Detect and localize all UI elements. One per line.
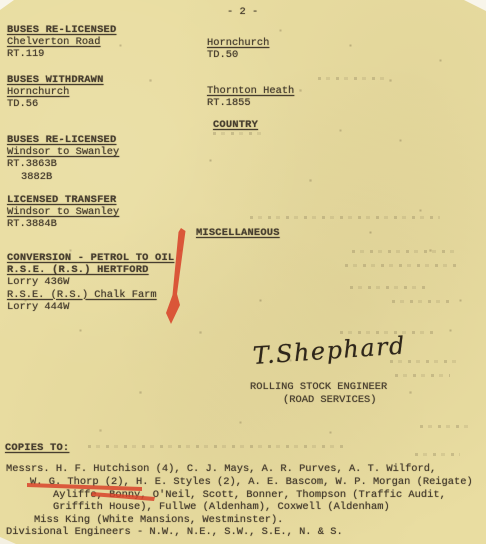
bleed-through-smudge bbox=[250, 216, 440, 219]
miscellaneous-heading-row: MISCELLANEOUS bbox=[196, 227, 280, 239]
site-row: R.S.E. (R.S.) HERTFORD bbox=[7, 264, 174, 276]
section-heading-row: BUSES RE-LICENSED bbox=[7, 24, 116, 36]
bleed-through-smudge bbox=[350, 286, 430, 289]
handwritten-signature: T.Shephard bbox=[252, 331, 407, 370]
section-buses-withdrawn-right: Thornton Heath RT.1855 bbox=[207, 85, 294, 109]
bleed-through-smudge bbox=[395, 374, 450, 377]
vehicle-numbers: RT.3863B bbox=[7, 158, 119, 170]
conversion-vehicle-2: Lorry 444W bbox=[7, 301, 174, 313]
section-buses-relicensed-country: BUSES RE-LICENSED Windsor to Swanley RT.… bbox=[7, 134, 119, 183]
vehicle-numbers: TD.56 bbox=[7, 98, 104, 110]
garage-row: Windsor to Swanley bbox=[7, 146, 119, 158]
signatory-role-line-2: (ROAD SERVICES) bbox=[283, 394, 377, 406]
bleed-through-smudge bbox=[352, 250, 457, 253]
bleed-through-smudge bbox=[390, 360, 462, 363]
section-licensed-transfer: LICENSED TRANSFER Windsor to Swanley RT.… bbox=[7, 194, 119, 231]
copies-recipients-line-2: W. G. Thorp (2), H. E. Styles (2), A. E.… bbox=[30, 476, 473, 488]
bleed-through-smudge bbox=[420, 425, 468, 428]
vehicle-numbers: RT.1855 bbox=[207, 97, 294, 109]
conversion-site-1: R.S.E. (R.S.) HERTFORD bbox=[7, 264, 149, 276]
section-buses-withdrawn-central: BUSES WITHDRAWN Hornchurch TD.56 bbox=[7, 74, 104, 111]
garage-row: Thornton Heath bbox=[207, 85, 294, 97]
garage-name: Hornchurch bbox=[7, 86, 69, 98]
scanned-document-page: - 2 - BUSES RE-LICENSED Chelverton Road … bbox=[0, 0, 486, 544]
section-conversion-petrol-to-oil: CONVERSION - PETROL TO OIL R.S.E. (R.S.)… bbox=[7, 252, 174, 313]
buses-relicensed-heading: BUSES RE-LICENSED bbox=[7, 134, 116, 146]
signatory-role-line-1: ROLLING STOCK ENGINEER bbox=[250, 381, 387, 393]
buses-withdrawn-heading: BUSES WITHDRAWN bbox=[7, 74, 104, 86]
section-heading-row: LICENSED TRANSFER bbox=[7, 194, 119, 206]
garage-name: Thornton Heath bbox=[207, 85, 294, 97]
copies-recipients-line-4: Griffith House), Fullwe (Aldenham), Coxw… bbox=[53, 501, 390, 513]
garage-row: Hornchurch bbox=[207, 37, 269, 49]
country-heading-row: COUNTRY bbox=[213, 119, 258, 131]
vehicle-numbers: 3882B bbox=[21, 171, 119, 183]
garage-row: Chelverton Road bbox=[7, 36, 116, 48]
copies-recipients-line-3: Ayliffe, Bonny, O'Neil, Scott, Bonner, T… bbox=[53, 489, 446, 501]
country-heading: COUNTRY bbox=[213, 119, 258, 131]
garage-name: Chelverton Road bbox=[7, 36, 101, 48]
vehicle-numbers: RT.3884B bbox=[7, 218, 119, 230]
vehicle-numbers: TD.50 bbox=[207, 49, 269, 61]
bleed-through-smudge bbox=[318, 77, 388, 80]
copies-to-heading: COPIES TO: bbox=[5, 442, 69, 454]
licensed-transfer-heading: LICENSED TRANSFER bbox=[7, 194, 116, 206]
bleed-through-smudge bbox=[392, 300, 452, 303]
copies-recipients-line-5: Miss King (White Mansions, Westminster). bbox=[34, 514, 283, 526]
bleed-through-smudge bbox=[415, 453, 460, 456]
conversion-heading: CONVERSION - PETROL TO OIL bbox=[7, 252, 174, 264]
buses-relicensed-heading: BUSES RE-LICENSED bbox=[7, 24, 116, 36]
paper-corner-top-left bbox=[0, 0, 14, 10]
page-number: - 2 - bbox=[227, 6, 258, 18]
copies-recipients-line-1: Messrs. H. F. Hutchison (4), C. J. Mays,… bbox=[6, 463, 436, 475]
section-buses-relicensed-central: BUSES RE-LICENSED Chelverton Road RT.119 bbox=[7, 24, 116, 61]
garage-transfer-route: Windsor to Swanley bbox=[7, 146, 119, 158]
bleed-through-smudge bbox=[88, 445, 346, 448]
bleed-through-smudge bbox=[213, 132, 265, 135]
copies-divisional-engineers-line: Divisional Engineers - N.W., N.E., S.W.,… bbox=[6, 526, 343, 538]
conversion-vehicle-1: Lorry 436W bbox=[7, 276, 174, 288]
section-buses-relicensed-right: Hornchurch TD.50 bbox=[207, 37, 269, 61]
bleed-through-smudge bbox=[345, 264, 460, 267]
section-heading-row: BUSES WITHDRAWN bbox=[7, 74, 104, 86]
garage-row: Hornchurch bbox=[7, 86, 104, 98]
conversion-site-2: R.S.E. (R.S.) Chalk Farm bbox=[7, 289, 157, 301]
garage-name: Hornchurch bbox=[207, 37, 269, 49]
vehicle-numbers: RT.119 bbox=[7, 48, 116, 60]
paper-corner-top-right bbox=[464, 0, 486, 11]
garage-row: Windsor to Swanley bbox=[7, 206, 119, 218]
site-row: R.S.E. (R.S.) Chalk Farm bbox=[7, 289, 174, 301]
garage-transfer-route: Windsor to Swanley bbox=[7, 206, 119, 218]
section-heading-row: BUSES RE-LICENSED bbox=[7, 134, 119, 146]
copies-to-heading-row: COPIES TO: bbox=[5, 442, 69, 454]
section-heading-row: CONVERSION - PETROL TO OIL bbox=[7, 252, 174, 264]
miscellaneous-heading: MISCELLANEOUS bbox=[196, 227, 280, 239]
